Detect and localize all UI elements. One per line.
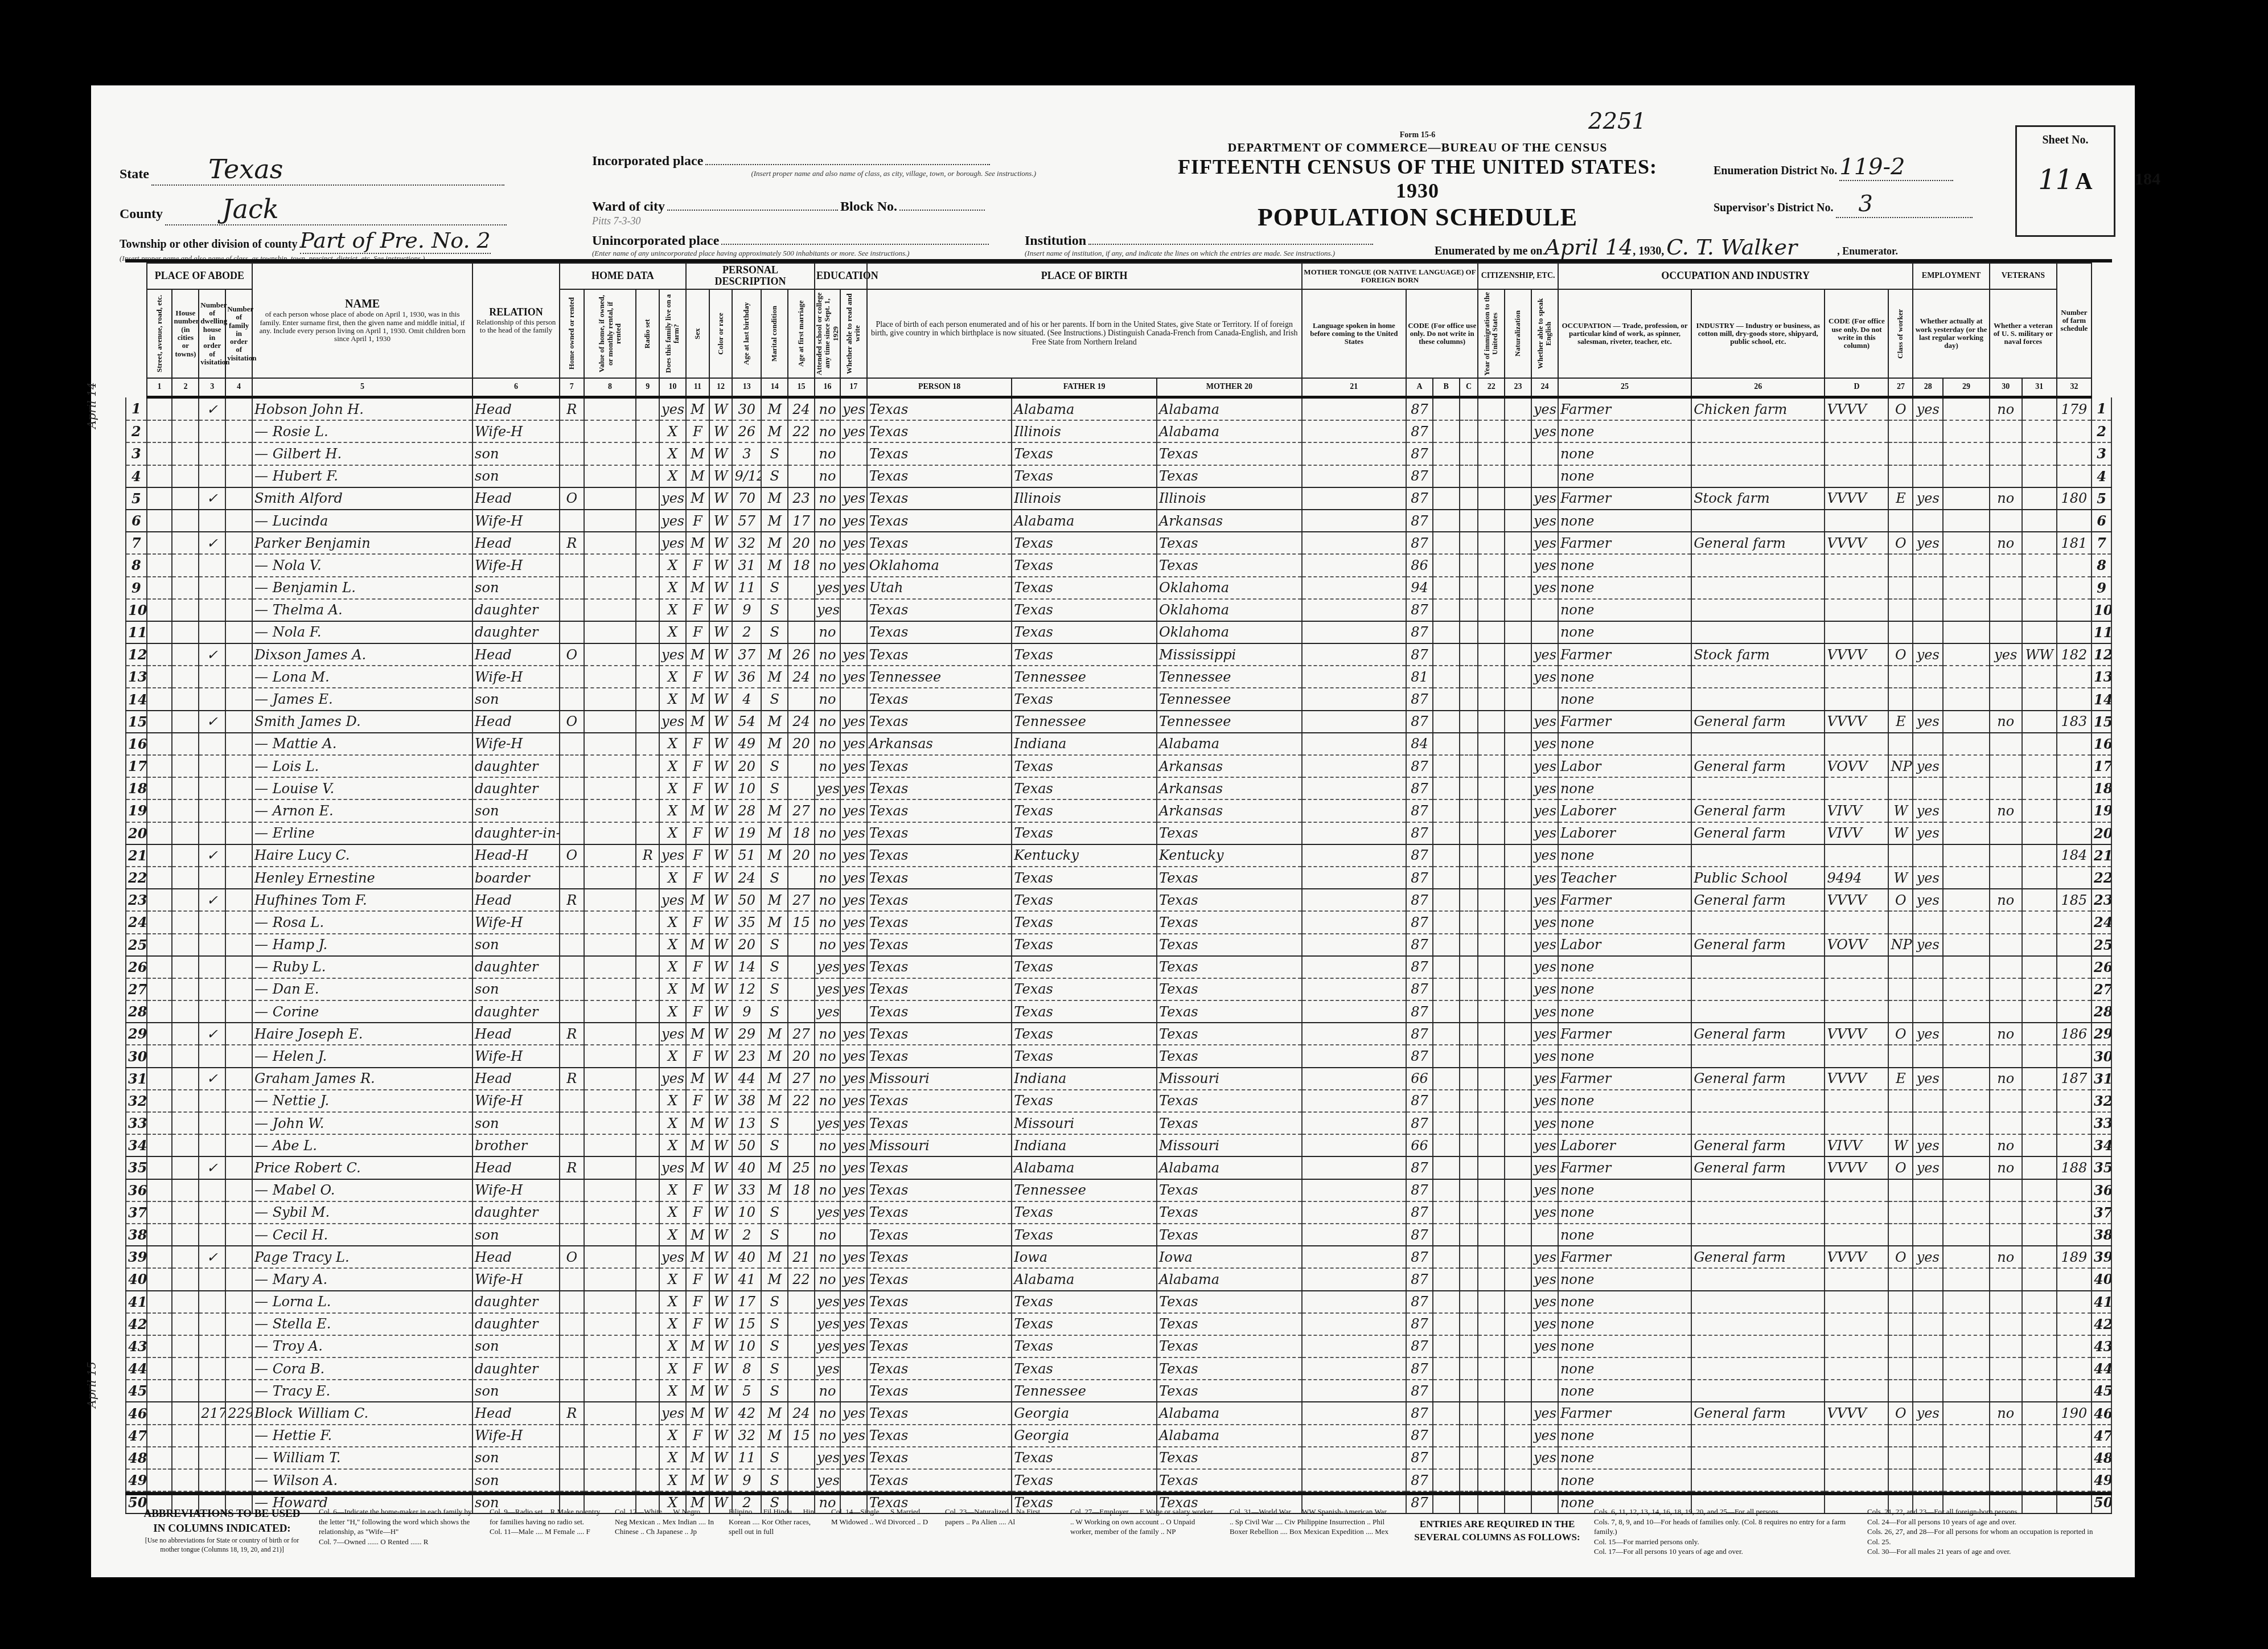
- class-worker-cell: O: [1888, 643, 1913, 666]
- birthplace-father-cell: Indiana: [1012, 733, 1157, 755]
- veteran-cell: [1990, 1268, 2022, 1290]
- farm-cell: X: [659, 733, 686, 755]
- speak-english-cell: yes: [1531, 1134, 1558, 1156]
- age-cell: 2: [732, 1224, 761, 1246]
- industry-cell: [1691, 442, 1825, 465]
- birthplace-mother-cell: Texas: [1157, 1335, 1302, 1357]
- code-d-cell: [1825, 844, 1888, 867]
- table-row: 24— Rosa L.Wife-HXFW35M15noyesTexasTexas…: [126, 911, 2111, 933]
- farm-cell: X: [659, 1224, 686, 1246]
- farm-cell: X: [659, 799, 686, 822]
- birthplace-person-cell: Texas: [867, 1246, 1012, 1268]
- birthplace-person-cell: Texas: [867, 755, 1012, 777]
- naturalization-cell: [1505, 1068, 1531, 1090]
- birthplace-mother-cell: Arkansas: [1157, 755, 1302, 777]
- war-cell: [2022, 1134, 2057, 1156]
- immigration-cell: [1478, 621, 1505, 643]
- read-write-cell: yes: [840, 711, 867, 733]
- family-number-cell: [225, 1447, 252, 1469]
- birthplace-mother-cell: Texas: [1157, 911, 1302, 933]
- age-marriage-cell: [788, 867, 815, 889]
- street-cell: [147, 1425, 172, 1447]
- code-a-cell: 81: [1406, 666, 1433, 688]
- family-number-cell: [225, 1224, 252, 1246]
- block-label: Block No.: [840, 199, 897, 214]
- home-owned-cell: [560, 1335, 584, 1357]
- language-cell: [1302, 711, 1406, 733]
- school-cell: no: [815, 867, 840, 889]
- street-cell: [147, 1291, 172, 1313]
- code-c-cell: [1460, 1291, 1478, 1313]
- code-a-cell: 87: [1406, 1380, 1433, 1402]
- home-value-cell: [584, 956, 636, 978]
- code-a-cell: 87: [1406, 688, 1433, 710]
- industry-cell: [1691, 777, 1825, 799]
- immigration-cell: [1478, 442, 1505, 465]
- birthplace-father-cell: Texas: [1012, 1224, 1157, 1246]
- race-cell: W: [709, 1023, 733, 1045]
- table-row: 5✓Smith AlfordHeadOyesMW70M23noyesTexasI…: [126, 487, 2111, 510]
- class-worker-cell: NP: [1888, 755, 1913, 777]
- age-marriage-cell: [788, 621, 815, 643]
- dwelling-number-cell: ✓: [199, 889, 225, 911]
- line-number-right: 35: [2092, 1156, 2111, 1179]
- relation-cell: daughter: [472, 755, 560, 777]
- unemployment-line-cell: [1943, 1469, 1990, 1491]
- family-number-cell: [225, 1000, 252, 1023]
- table-row: 39✓Page Tracy L.HeadOyesMW40M21noyesTexa…: [126, 1246, 2111, 1268]
- code-c-cell: [1460, 1068, 1478, 1090]
- relation-cell: Wife-H: [472, 554, 560, 576]
- county-label: County: [120, 207, 163, 221]
- race-cell: W: [709, 1156, 733, 1179]
- relation-cell: Head: [472, 889, 560, 911]
- name-cell: — James E.: [252, 688, 472, 710]
- line-number-right: 23: [2092, 889, 2111, 911]
- occupation-cell: Laborer: [1558, 822, 1691, 844]
- age-cell: 19: [732, 822, 761, 844]
- birthplace-mother-cell: Texas: [1157, 442, 1302, 465]
- home-value-cell: [584, 911, 636, 933]
- line-number: 34: [126, 1134, 147, 1156]
- naturalization-cell: [1505, 666, 1531, 688]
- war-cell: [2022, 1023, 2057, 1045]
- house-number-cell: [172, 1291, 199, 1313]
- birthplace-person-cell: Texas: [867, 1000, 1012, 1023]
- at-work-cell: [1913, 554, 1943, 576]
- veteran-cell: [1990, 1335, 2022, 1357]
- at-work-cell: [1913, 911, 1943, 933]
- dwelling-number-cell: [199, 1201, 225, 1224]
- family-number-cell: [225, 397, 252, 421]
- naturalization-cell: [1505, 1402, 1531, 1424]
- line-number-right: 33: [2092, 1112, 2111, 1134]
- farm-schedule-cell: 190: [2057, 1402, 2092, 1424]
- code-b-cell: [1433, 1156, 1460, 1179]
- relation-cell: Wife-H: [472, 1179, 560, 1201]
- birthplace-father-cell: Georgia: [1012, 1402, 1157, 1424]
- read-write-cell: [840, 465, 867, 487]
- street-cell: [147, 867, 172, 889]
- code-b-cell: [1433, 1246, 1460, 1268]
- birthplace-father-cell: Texas: [1012, 643, 1157, 666]
- veteran-cell: [1990, 733, 2022, 755]
- unemployment-line-cell: [1943, 442, 1990, 465]
- industry-cell: [1691, 1045, 1825, 1067]
- at-work-cell: yes: [1913, 1134, 1943, 1156]
- read-write-cell: [840, 1357, 867, 1380]
- home-value-cell: [584, 889, 636, 911]
- code-d-cell: [1825, 1313, 1888, 1335]
- industry-cell: [1691, 1268, 1825, 1290]
- birthplace-father-cell: Texas: [1012, 554, 1157, 576]
- war-cell: [2022, 397, 2057, 421]
- industry-cell: [1691, 1224, 1825, 1246]
- code-a-cell: 87: [1406, 889, 1433, 911]
- veteran-cell: no: [1990, 1023, 2022, 1045]
- code-a-cell: 87: [1406, 1469, 1433, 1491]
- unemployment-line-cell: [1943, 1268, 1990, 1290]
- age-marriage-cell: [788, 1291, 815, 1313]
- house-number-cell: [172, 487, 199, 510]
- at-work-cell: [1913, 1090, 1943, 1112]
- birthplace-mother-cell: Texas: [1157, 1357, 1302, 1380]
- street-cell: [147, 1402, 172, 1424]
- industry-cell: General farm: [1691, 934, 1825, 956]
- at-work-cell: [1913, 844, 1943, 867]
- dwelling-number-cell: ✓: [199, 1156, 225, 1179]
- birthplace-mother-cell: Alabama: [1157, 1402, 1302, 1424]
- table-row: 49— Wilson A.sonXMW9SyesTexasTexasTexas8…: [126, 1469, 2111, 1491]
- class-worker-cell: O: [1888, 889, 1913, 911]
- veteran-cell: no: [1990, 1156, 2022, 1179]
- header-house-number: House number (in cities or towns): [172, 289, 199, 378]
- age-marriage-cell: 24: [788, 1402, 815, 1424]
- street-cell: [147, 777, 172, 799]
- street-cell: [147, 532, 172, 554]
- street-cell: [147, 822, 172, 844]
- header-speak-english: Whether able to speak English: [1531, 289, 1558, 378]
- house-number-cell: [172, 1313, 199, 1335]
- name-cell: — Wilson A.: [252, 1469, 472, 1491]
- immigration-cell: [1478, 934, 1505, 956]
- home-value-cell: [584, 1291, 636, 1313]
- age-marriage-cell: 17: [788, 510, 815, 532]
- at-work-cell: [1913, 442, 1943, 465]
- immigration-cell: [1478, 599, 1505, 621]
- code-a-cell: 87: [1406, 1045, 1433, 1067]
- header-radio: Radio set: [636, 289, 659, 378]
- unemployment-line-cell: [1943, 799, 1990, 822]
- school-cell: no: [815, 510, 840, 532]
- read-write-cell: yes: [840, 420, 867, 442]
- dwelling-number-cell: [199, 1224, 225, 1246]
- table-row: 12✓Dixson James A.HeadOyesMW37M26noyesTe…: [126, 643, 2111, 666]
- speak-english-cell: yes: [1531, 1402, 1558, 1424]
- age-marriage-cell: 27: [788, 1023, 815, 1045]
- at-work-cell: [1913, 1469, 1943, 1491]
- sex-cell: M: [686, 1447, 709, 1469]
- table-row: 19— Arnon E.sonXMW28M27noyesTexasTexasAr…: [126, 799, 2111, 822]
- sex-cell: M: [686, 643, 709, 666]
- read-write-cell: yes: [840, 1335, 867, 1357]
- unemployment-line-cell: [1943, 1201, 1990, 1224]
- race-cell: W: [709, 934, 733, 956]
- school-cell: no: [815, 1246, 840, 1268]
- home-value-cell: [584, 755, 636, 777]
- table-row: 23✓Hufhines Tom F.HeadRyesMW50M27noyesTe…: [126, 889, 2111, 911]
- abbr-col9-11: Col. 9—Radio set .. R Make no entry for …: [490, 1507, 603, 1537]
- home-owned-cell: R: [560, 1402, 584, 1424]
- house-number-cell: [172, 688, 199, 710]
- language-cell: [1302, 777, 1406, 799]
- group-place-of-abode: PLACE OF ABODE: [147, 263, 252, 289]
- sex-cell: M: [686, 889, 709, 911]
- header-birth-note: Place of birth of each person enumerated…: [867, 289, 1302, 378]
- line-number: 48: [126, 1447, 147, 1469]
- family-number-cell: [225, 1246, 252, 1268]
- relation-cell: Wife-H: [472, 510, 560, 532]
- birthplace-mother-cell: Tennessee: [1157, 666, 1302, 688]
- abbr-col12: Col. 12—White .... W Negro .... Neg Mexi…: [615, 1507, 717, 1537]
- war-cell: [2022, 599, 2057, 621]
- class-worker-cell: [1888, 465, 1913, 487]
- home-owned-cell: R: [560, 1068, 584, 1090]
- farm-schedule-cell: [2057, 599, 2092, 621]
- header-occupation: OCCUPATION — Trade, profession, or parti…: [1558, 289, 1691, 378]
- line-number-right: 21: [2092, 844, 2111, 867]
- speak-english-cell: [1531, 688, 1558, 710]
- age-cell: 26: [732, 420, 761, 442]
- occupation-cell: none: [1558, 911, 1691, 933]
- race-cell: W: [709, 397, 733, 421]
- unemployment-line-cell: [1943, 911, 1990, 933]
- header-sex: Sex: [686, 289, 709, 378]
- speak-english-cell: yes: [1531, 1447, 1558, 1469]
- dwelling-number-cell: ✓: [199, 532, 225, 554]
- sex-cell: M: [686, 532, 709, 554]
- read-write-cell: yes: [840, 532, 867, 554]
- immigration-cell: [1478, 1179, 1505, 1201]
- industry-cell: General farm: [1691, 755, 1825, 777]
- occupation-cell: none: [1558, 844, 1691, 867]
- birthplace-father-cell: Texas: [1012, 1357, 1157, 1380]
- home-owned-cell: O: [560, 487, 584, 510]
- relation-cell: Wife-H: [472, 420, 560, 442]
- birthplace-person-cell: Texas: [867, 1357, 1012, 1380]
- birthplace-father-cell: Texas: [1012, 889, 1157, 911]
- family-number-cell: [225, 1201, 252, 1224]
- table-row: 17— Lois L.daughterXFW20SnoyesTexasTexas…: [126, 755, 2111, 777]
- line-number: 39: [126, 1246, 147, 1268]
- class-worker-cell: [1888, 956, 1913, 978]
- house-number-cell: [172, 1224, 199, 1246]
- line-number: 25: [126, 934, 147, 956]
- code-a-cell: 94: [1406, 577, 1433, 599]
- farm-schedule-cell: [2057, 822, 2092, 844]
- line-number-right: 17: [2092, 755, 2111, 777]
- stamp-number: 2251: [1588, 108, 1646, 134]
- speak-english-cell: yes: [1531, 1246, 1558, 1268]
- farm-schedule-cell: [2057, 510, 2092, 532]
- sex-cell: M: [686, 1224, 709, 1246]
- header-home-owned: Home owned or rented: [560, 289, 584, 378]
- street-cell: [147, 1179, 172, 1201]
- birthplace-father-cell: Texas: [1012, 1045, 1157, 1067]
- race-cell: W: [709, 1268, 733, 1290]
- school-cell: no: [815, 1380, 840, 1402]
- home-owned-cell: [560, 1268, 584, 1290]
- code-c-cell: [1460, 844, 1478, 867]
- home-owned-cell: [560, 1224, 584, 1246]
- header-immigration: Year of immigration to the United States: [1478, 289, 1505, 378]
- read-write-cell: yes: [840, 777, 867, 799]
- code-d-cell: VIVV: [1825, 799, 1888, 822]
- marital-cell: M: [761, 1045, 788, 1067]
- farm-schedule-cell: [2057, 1045, 2092, 1067]
- dwelling-number-cell: [199, 867, 225, 889]
- language-cell: [1302, 621, 1406, 643]
- line-number: 33: [126, 1112, 147, 1134]
- language-cell: [1302, 755, 1406, 777]
- immigration-cell: [1478, 711, 1505, 733]
- birthplace-father-cell: Illinois: [1012, 487, 1157, 510]
- code-d-cell: [1825, 1425, 1888, 1447]
- speak-english-cell: yes: [1531, 1179, 1558, 1201]
- table-row: 29✓Haire Joseph E.HeadRyesMW29M27noyesTe…: [126, 1023, 2111, 1045]
- industry-cell: [1691, 1179, 1825, 1201]
- occupation-cell: none: [1558, 733, 1691, 755]
- occupation-cell: Farmer: [1558, 643, 1691, 666]
- occupation-cell: Laborer: [1558, 1134, 1691, 1156]
- line-number: 2: [126, 420, 147, 442]
- supervisor-district-field: Supervisor's District No. 3: [1714, 191, 1973, 218]
- war-cell: [2022, 1357, 2057, 1380]
- age-cell: 50: [732, 889, 761, 911]
- war-cell: [2022, 487, 2057, 510]
- war-cell: [2022, 1112, 2057, 1134]
- line-number-right: 42: [2092, 1313, 2111, 1335]
- class-worker-cell: [1888, 1179, 1913, 1201]
- home-owned-cell: O: [560, 1246, 584, 1268]
- code-c-cell: [1460, 688, 1478, 710]
- code-a-cell: 87: [1406, 1090, 1433, 1112]
- table-row: 35✓Price Robert C.HeadRyesMW40M25noyesTe…: [126, 1156, 2111, 1179]
- birthplace-person-cell: Texas: [867, 822, 1012, 844]
- code-b-cell: [1433, 1134, 1460, 1156]
- enumerated-field: Enumerated by me on April 14, 1930, C. T…: [1435, 235, 1898, 261]
- age-cell: 32: [732, 1425, 761, 1447]
- sex-cell: F: [686, 733, 709, 755]
- farm-cell: X: [659, 599, 686, 621]
- war-cell: [2022, 867, 2057, 889]
- home-value-cell: [584, 1402, 636, 1424]
- language-cell: [1302, 1134, 1406, 1156]
- language-cell: [1302, 1246, 1406, 1268]
- birthplace-person-cell: Texas: [867, 956, 1012, 978]
- home-owned-cell: [560, 554, 584, 576]
- age-marriage-cell: [788, 934, 815, 956]
- home-value-cell: [584, 1224, 636, 1246]
- margin-date-1: April 14: [85, 382, 98, 428]
- code-d-cell: [1825, 420, 1888, 442]
- race-cell: W: [709, 1068, 733, 1090]
- war-cell: [2022, 1402, 2057, 1424]
- immigration-cell: [1478, 844, 1505, 867]
- dwelling-number-cell: [199, 755, 225, 777]
- farm-cell: X: [659, 1469, 686, 1491]
- relation-cell: son: [472, 1469, 560, 1491]
- immigration-cell: [1478, 577, 1505, 599]
- relation-cell: daughter: [472, 599, 560, 621]
- unemployment-line-cell: [1943, 755, 1990, 777]
- language-cell: [1302, 956, 1406, 978]
- table-row: 43— Troy A.sonXMW10SyesyesTexasTexasTexa…: [126, 1335, 2111, 1357]
- occupation-cell: none: [1558, 577, 1691, 599]
- line-number-right: 38: [2092, 1224, 2111, 1246]
- relation-cell: Head: [472, 1402, 560, 1424]
- birthplace-father-cell: Texas: [1012, 867, 1157, 889]
- veteran-cell: [1990, 1201, 2022, 1224]
- radio-cell: [636, 532, 659, 554]
- class-worker-cell: [1888, 554, 1913, 576]
- street-cell: [147, 1090, 172, 1112]
- speak-english-cell: yes: [1531, 643, 1558, 666]
- table-row: 21✓Haire Lucy C.Head-HORyesFW51M20noyesT…: [126, 844, 2111, 867]
- header-person: PERSON 18: [867, 378, 1012, 397]
- farm-schedule-cell: 182: [2057, 643, 2092, 666]
- street-cell: [147, 621, 172, 643]
- speak-english-cell: yes: [1531, 1112, 1558, 1134]
- read-write-cell: yes: [840, 1045, 867, 1067]
- family-number-cell: [225, 1112, 252, 1134]
- family-number-cell: [225, 799, 252, 822]
- war-cell: [2022, 1313, 2057, 1335]
- birthplace-mother-cell: Texas: [1157, 1000, 1302, 1023]
- farm-schedule-cell: [2057, 799, 2092, 822]
- industry-cell: [1691, 621, 1825, 643]
- home-value-cell: [584, 934, 636, 956]
- unemployment-line-cell: [1943, 934, 1990, 956]
- line-number: 3: [126, 442, 147, 465]
- relation-cell: Head: [472, 532, 560, 554]
- age-cell: 37: [732, 643, 761, 666]
- line-number-right: 12: [2092, 643, 2111, 666]
- marital-cell: M: [761, 911, 788, 933]
- census-rows: 1✓Hobson John H.HeadRyesMW30M24noyesTexa…: [126, 397, 2111, 1514]
- family-number-cell: [225, 688, 252, 710]
- code-d-cell: [1825, 1447, 1888, 1469]
- naturalization-cell: [1505, 420, 1531, 442]
- marital-cell: S: [761, 1380, 788, 1402]
- code-a-cell: 87: [1406, 1201, 1433, 1224]
- radio-cell: [636, 711, 659, 733]
- unemployment-line-cell: [1943, 889, 1990, 911]
- industry-cell: [1691, 666, 1825, 688]
- relation-cell: son: [472, 934, 560, 956]
- birthplace-father-cell: Texas: [1012, 1090, 1157, 1112]
- veteran-cell: [1990, 1000, 2022, 1023]
- farm-cell: X: [659, 1090, 686, 1112]
- sex-cell: M: [686, 1023, 709, 1045]
- veteran-cell: [1990, 577, 2022, 599]
- line-number: 10: [126, 599, 147, 621]
- code-c-cell: [1460, 420, 1478, 442]
- house-number-cell: [172, 1335, 199, 1357]
- code-a-cell: 87: [1406, 1000, 1433, 1023]
- language-cell: [1302, 1380, 1406, 1402]
- sex-cell: F: [686, 1090, 709, 1112]
